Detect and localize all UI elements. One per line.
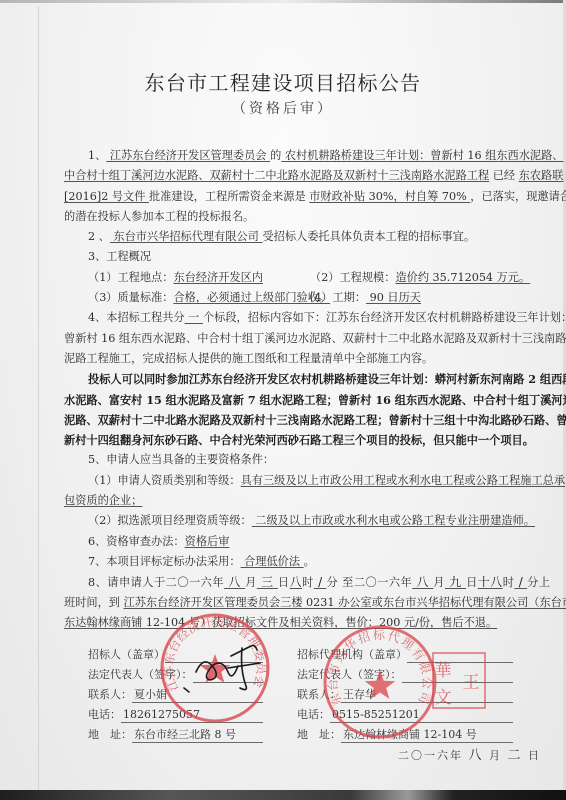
quality-label: （3）质量标准： (88, 291, 173, 304)
text-run: 的 (270, 149, 281, 162)
filled-blank: 东农路联 (519, 169, 564, 182)
tenderer-phone-value: 18261275057 (121, 705, 263, 723)
text-run: 6、资格审查办法： (88, 535, 185, 548)
scan-left-margin-line (38, 6, 39, 790)
text-line: 的潜在投标人参加本工程的投标报名。 (64, 207, 550, 227)
filled-blank: 包资质的企业； (64, 494, 142, 507)
text-run: 受招标人委托具体负责本工程的招标事宜。 (262, 230, 475, 243)
text-line: 3、工程概况 (64, 247, 550, 267)
text-run: 泥路、双薪村十二中北路水泥路及双新村十三浅南路水泥路工程；曾新村十三组十中沟北路… (64, 413, 566, 427)
agency-org-row: 招标代理机构（盖章） (297, 645, 513, 665)
filled-blank: 合理低价法 (241, 555, 304, 568)
tenderer-contact-row: 联系人：夏小娟 (88, 685, 263, 705)
tenderer-address-value: 东台市经三北路 8 号 (132, 725, 263, 743)
text-line: 2 、 东台市兴华招标代理有限公司 受招标人委托具体负责本工程的招标事宜。 (64, 227, 550, 247)
tenderer-org-row: 招标人（盖章） (88, 645, 263, 665)
text-run: ，已落实，现邀请合格 (470, 190, 566, 203)
announcement-body: 1、 江苏东台经济开发区管理委员会 的 农村机耕路桥建设三年计划：曾新村 16 … (64, 146, 550, 633)
filled-blank: 东台市兴华招标代理有限公司 (110, 230, 263, 243)
text-run: 5、申请人应当具备的主要资格条件： (88, 453, 274, 466)
agency-rep-row: 法定代表人（签字）： (297, 665, 513, 685)
agency-contact-label: 联系人： (297, 685, 341, 705)
filled-blank: 江苏东台经济开发区管理委员会三楼 0231 办公室或东台市兴华招标代理有限公司（… (124, 596, 566, 609)
bidding-notice-bold: 投标人可以同时参加江苏东台经济开发区农村机耕路桥建设三年计划：蟒河村新东河南路 … (64, 369, 550, 450)
text-run: 已经 (489, 169, 519, 182)
agency-phone-row: 电话：0515-85251201 (297, 705, 513, 725)
filled-blank: 具有三级及以上市政公用工程或水利水电工程或公路工程施工总承 (241, 474, 565, 487)
tenderer-org-label: 招标人（盖章） (88, 645, 165, 665)
tenderer-signature-block: 招标人（盖章） 法定代表人（签字）： 联系人：夏小娟 电话：1826127505… (88, 645, 263, 745)
text-line: 5、申请人应当具备的主要资格条件： (64, 450, 550, 470)
agency-rep-label: 法定代表人（签字）： (297, 665, 402, 685)
agency-phone-label: 电话： (297, 705, 330, 725)
text-line: 8、请申请人于二〇一六年 八 月 三 日八时 / 分 至二〇一六年 八 月 九 … (64, 572, 550, 592)
agency-org-line (407, 645, 513, 663)
text-line: 4、本招标工程共分 一 个标段，招标内容如下：江苏东台经济开发区农村机耕路桥建设… (64, 308, 550, 328)
overview-row-quality-duration: （3）质量标准：合格，必须通过上级部门验收。 （4）工期： 90 日历天 (64, 288, 550, 308)
text-line: 中合村十组丁溪河边水泥路、双薪村十二中北路水泥路及双新村十三浅南路水泥路工程 已… (64, 166, 550, 186)
tenderer-org-line (165, 645, 263, 663)
handwritten-fill: / (314, 575, 327, 589)
duration-label: （4）工期： (303, 291, 366, 304)
section-5-heading: 5、申请人应当具备的主要资格条件： (64, 450, 550, 470)
text-run: 8、请申请人于二〇一六年 (88, 576, 224, 589)
handwritten-fill: 十八 (478, 575, 503, 589)
text-line: 新村十四组翻身河东砂石路、中合村光荣河西砂石路工程三个项目的投标，但只能中一个项… (64, 430, 550, 450)
text-run: 水泥路、富安村 15 组水泥路及富新 7 组水泥路工程；曾新村 16 组东西水泥… (64, 393, 566, 407)
text-run: 投标人可以同时参加江苏东台经济开发区农村机耕路桥建设三年计划：蟒河村新东河南路 … (88, 372, 566, 386)
handwritten-fill: 九 (445, 575, 466, 589)
filled-blank: [2016]2 号文件 (64, 190, 149, 203)
text-run: 2 、 (88, 230, 110, 243)
text-line: 班时间，到 江苏东台经济开发区管理委员会三楼 0231 办公室或东台市兴华招标代… (64, 593, 550, 613)
text-run: 7、本项目评标定标办法采用： (88, 555, 241, 568)
filled-blank: 农村机耕路桥建设三年计划：曾新村 16 组东西水泥路、 (281, 149, 563, 162)
agency-signature-block: 招标代理机构（盖章） 法定代表人（签字）： 联系人：王存华 电话：0515-85… (297, 645, 513, 745)
tenderer-rep-label: 法定代表人（签字）： (88, 665, 193, 685)
tenderer-contact-label: 联系人： (88, 685, 132, 705)
agency-org-label: 招标代理机构（盖章） (297, 645, 407, 665)
filled-blank: 中合村十组丁溪河边水泥路、双薪村十二中北路水泥路及双新村十三浅南路水泥路工程 (64, 169, 489, 182)
text-line: 泥路工程施工，完成招标人提供的施工图纸和工程量清单中全部施工内容。 (64, 349, 550, 369)
announcement-date: 二〇一六年 八 月 二 日 (398, 744, 541, 763)
agency-rep-line (402, 665, 514, 683)
text-run: 个标段，招标内容如下：江苏东台经济开发区农村机耕路桥建设三年计划： (203, 311, 566, 324)
handwritten-fill: 三 (257, 575, 278, 589)
section-7-evaluation-method: 7、本项目评标定标办法采用： 合理低价法 。 (64, 552, 550, 572)
date-year: 二〇一六年 (398, 749, 463, 762)
text-line: （2）拟选派项目经理资质等级： 二级及以上市政或水利水电或公路工程专业注册建造师… (64, 511, 550, 531)
tenderer-address-label: 地 址： (88, 725, 132, 745)
agency-contact-value: 王存华 (341, 685, 513, 703)
section-4-lots: 4、本招标工程共分 一 个标段，招标内容如下：江苏东台经济开发区农村机耕路桥建设… (64, 308, 550, 369)
text-line: [2016]2 号文件 批准建设，工程所需资金来源是 市财政补贴 30%，村自筹… (64, 187, 550, 207)
filled-blank: 市财政补贴 30%，村自筹 70% (309, 190, 470, 203)
text-line: 水泥路、富安村 15 组水泥路及富新 7 组水泥路工程；曾新村 16 组东西水泥… (64, 390, 550, 410)
tenderer-rep-line (193, 665, 264, 683)
filled-blank: 资格后审 (185, 535, 230, 548)
text-run: 3、工程概况 (88, 250, 151, 263)
text-run: 日 (466, 576, 478, 589)
document-title: 东台市工程建设项目招标公告 (0, 67, 566, 96)
tenderer-rep-row: 法定代表人（签字）： (88, 665, 263, 685)
agency-contact-row: 联系人：王存华 (297, 685, 513, 705)
document-subtitle: （资格后审） (0, 98, 566, 118)
text-run: （2）拟选派项目经理资质等级： (88, 514, 252, 527)
scan-bottom-edge (0, 790, 566, 800)
tenderer-contact-value: 夏小娟 (132, 685, 263, 703)
date-day-handwritten: 二 (508, 748, 523, 763)
section-2-agency: 2 、 东台市兴华招标代理有限公司 受招标人委托具体负责本工程的招标事宜。 (64, 227, 550, 247)
agency-address-label: 地 址： (297, 725, 341, 745)
text-run: 月 (245, 576, 257, 589)
date-day-label: 日 (528, 749, 541, 762)
text-line: 泥路、双薪村十二中北路水泥路及双新村十三浅南路水泥路工程；曾新村十三组十中沟北路… (64, 410, 550, 430)
filled-blank: 一 (185, 311, 203, 324)
text-line: 投标人可以同时参加江苏东台经济开发区农村机耕路桥建设三年计划：蟒河村新东河南路 … (64, 369, 550, 389)
text-line: （1）申请人资质类别和等级：具有三级及以上市政公用工程或水利水电工程或公路工程施… (64, 471, 550, 491)
text-run: 时 (302, 576, 314, 589)
text-line: 包资质的企业； (64, 491, 550, 511)
handwritten-fill: / (514, 575, 527, 589)
text-run: 曾新村 16 组东西水泥路、中合村十组丁溪河边水泥路、双薪村十二中北路水泥路及双… (64, 332, 566, 345)
text-run: 4、本招标工程共分 (88, 311, 185, 324)
text-run: 班时间，到 (64, 596, 124, 609)
text-run: 1、 (88, 149, 106, 162)
text-run: 时 (503, 576, 515, 589)
text-line: 1、 江苏东台经济开发区管理委员会 的 农村机耕路桥建设三年计划：曾新村 16 … (64, 146, 550, 166)
handwritten-fill: 八 (290, 575, 303, 589)
text-run: 。 (304, 555, 315, 568)
filled-blank: 二级及以上市政或水利水电或公路工程专业注册建造师。 (252, 514, 535, 527)
scale-field: （2）工程规模：造价约 35.712054 万元。 (310, 268, 530, 288)
tenderer-address-row: 地 址：东台市经三北路 8 号 (88, 725, 263, 745)
location-label: （1）工程地点： (88, 271, 173, 284)
scale-label: （2）工程规模： (310, 271, 395, 284)
text-line: 6、资格审查办法：资格后审 (64, 532, 550, 552)
duration-field: （4）工期： 90 日历天 (303, 288, 421, 308)
section-5-qualification-2: （2）拟选派项目经理资质等级： 二级及以上市政或水利水电或公路工程专业注册建造师… (64, 511, 550, 531)
text-run: 泥路工程施工，完成招标人提供的施工图纸和工程量清单中全部施工内容。 (64, 352, 433, 365)
scan-top-edge (0, 0, 566, 3)
filled-blank: 江苏东台经济开发区管理委员会 (106, 149, 270, 162)
agency-address-row: 地 址：东达翰林缘商铺 12-104 号 (297, 725, 513, 745)
location-value: 东台经济开发区内 (173, 271, 263, 284)
text-line: 7、本项目评标定标办法采用： 合理低价法 。 (64, 552, 550, 572)
tenderer-phone-label: 电话： (88, 705, 121, 725)
date-month-label: 月 (489, 749, 502, 762)
date-month-handwritten: 八 (469, 748, 484, 763)
scale-value: 造价约 35.712054 万元。 (395, 271, 530, 284)
text-run: 的潜在投标人参加本工程的投标报名。 (64, 210, 254, 223)
text-line: 东达翰林缘商铺 12-104 号）获取招标文件及相关资料，售价：200 元/份，… (64, 613, 550, 633)
filled-blank: 东达翰林缘商铺 12-104 号）获取招标文件及相关资料，售价：200 元/份，… (64, 616, 497, 629)
text-run: 月 (433, 576, 445, 589)
text-run: 分 至二〇一六年 (326, 576, 412, 589)
section-6-review-method: 6、资格审查办法：资格后审 (64, 532, 550, 552)
section-5-qualification-1: （1）申请人资质类别和等级：具有三级及以上市政公用工程或水利水电工程或公路工程施… (64, 471, 550, 512)
section-1-project-approval: 1、 江苏东台经济开发区管理委员会 的 农村机耕路桥建设三年计划：曾新村 16 … (64, 146, 550, 227)
section-3-heading: 3、工程概况 (64, 247, 550, 267)
overview-row-location-scale: （1）工程地点：东台经济开发区内 （2）工程规模：造价约 35.712054 万… (64, 268, 550, 288)
text-run: 分上 (527, 576, 550, 589)
agency-address-value: 东达翰林缘商铺 12-104 号 (341, 725, 513, 743)
text-run: 新村十四组翻身河东砂石路、中合村光荣河西砂石路工程三个项目的投标，但只能中一个项… (64, 433, 534, 447)
handwritten-fill: 八 (412, 575, 433, 589)
agency-phone-value: 0515-85251201 (330, 705, 513, 723)
text-line: 曾新村 16 组东西水泥路、中合村十组丁溪河边水泥路、双薪村十二中北路水泥路及双… (64, 329, 550, 349)
text-run: （1）申请人资质类别和等级： (88, 474, 241, 487)
duration-value: 90 日历天 (366, 291, 421, 304)
text-run: 批准建设，工程所需资金来源是 (149, 190, 309, 203)
text-run: 日 (278, 576, 290, 589)
section-8-document-collection: 8、请申请人于二〇一六年 八 月 三 日八时 / 分 至二〇一六年 八 月 九 … (64, 572, 550, 633)
tenderer-phone-row: 电话：18261275057 (88, 705, 263, 725)
handwritten-fill: 八 (224, 575, 245, 589)
